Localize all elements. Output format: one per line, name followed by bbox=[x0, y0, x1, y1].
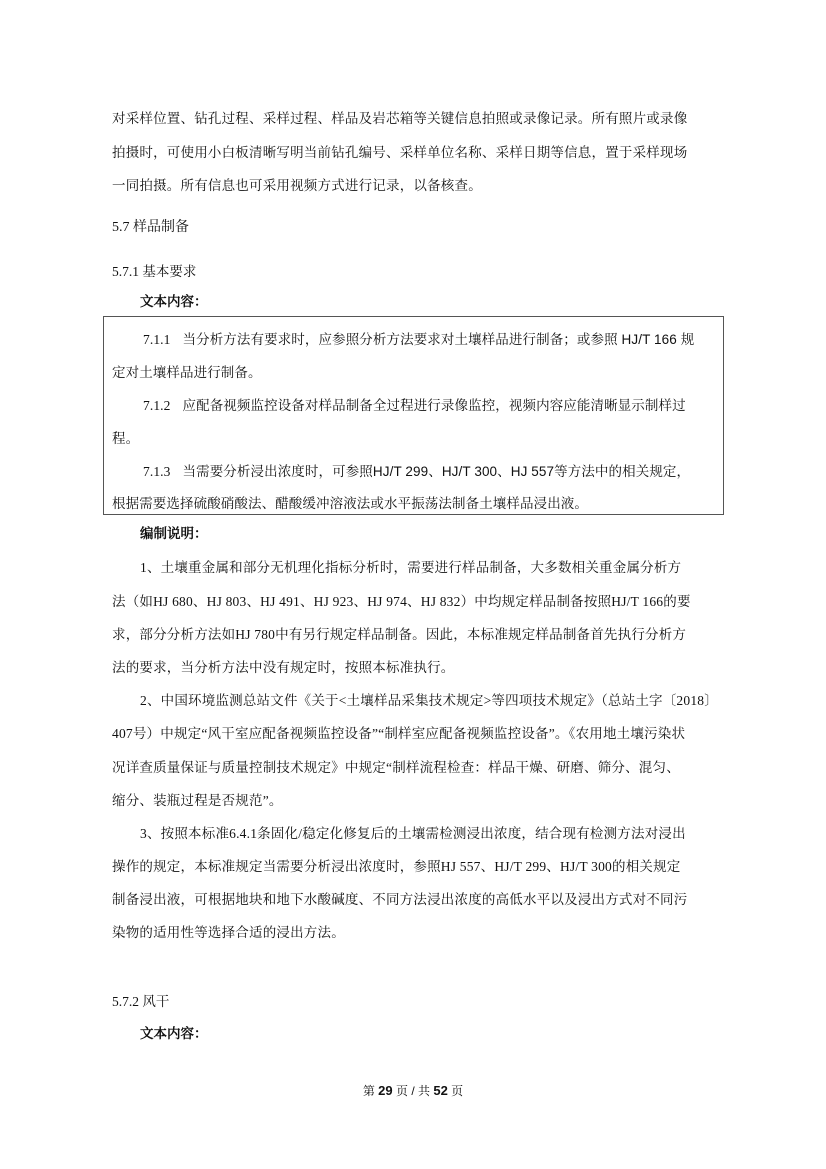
intro-line-1: 对采样位置、钻孔过程、采样过程、样品及岩芯箱等关键信息拍照或录像记录。所有照片或… bbox=[112, 107, 687, 127]
note-3-line-4: 染物的适用性等选择合适的浸出方法。 bbox=[112, 921, 345, 941]
intro-line-2: 拍摄时，可使用小白板清晰写明当前钻孔编号、采样单位名称、采样日期等信息，置于采样… bbox=[112, 141, 687, 161]
note-1-line-3: 求，部分分析方法如HJ 780中有另行规定样品制备。因此，本标准规定样品制备首先… bbox=[112, 623, 686, 643]
footer-prefix: 第 bbox=[363, 1084, 375, 1098]
note-1-line-2: 法（如HJ 680、HJ 803、HJ 491、HJ 923、HJ 974、HJ… bbox=[112, 590, 691, 610]
clause-text: 当需要分析浸出浓度时，可参照HJ/T 299、HJ/T 300、HJ 557等方… bbox=[183, 464, 691, 479]
section-heading-5-7-2: 5.7.2 风干 bbox=[112, 990, 169, 1010]
box-item-3-line-1: 7.1.3当需要分析浸出浓度时，可参照HJ/T 299、HJ/T 300、HJ … bbox=[143, 460, 690, 480]
text-content-label-2: 文本内容： bbox=[140, 1022, 208, 1042]
note-2-line-1: 2、中国环境监测总站文件《关于<土壤样品采集技术规定>等四项技术规定》（总站土字… bbox=[140, 689, 718, 709]
note-3-line-3: 制备浸出液，可根据地块和地下水酸碱度、不同方法浸出浓度的高低水平以及浸出方式对不… bbox=[112, 888, 687, 908]
note-1-line-1: 1、土壤重金属和部分无机理化指标分析时，需要进行样品制备，大多数相关重金属分析方 bbox=[140, 556, 681, 576]
clause-text: 应配备视频监控设备对样品制备全过程进行录像监控，视频内容应能清晰显示制样过 bbox=[183, 398, 686, 413]
box-item-2-line-2: 程。 bbox=[112, 427, 139, 447]
section-heading-5-7-1: 5.7.1 基本要求 bbox=[112, 260, 196, 280]
note-2-line-4: 缩分、装瓶过程是否规范”。 bbox=[112, 789, 283, 809]
clause-number: 7.1.3 bbox=[143, 464, 171, 479]
notes-label: 编制说明： bbox=[140, 522, 208, 542]
standard-text-box: 7.1.1当分析方法有要求时，应参照分析方法要求对土壤样品进行制备；或参照 HJ… bbox=[103, 316, 724, 515]
page-footer: 第 29 页 / 共 52 页 bbox=[0, 1082, 826, 1099]
clause-number: 7.1.1 bbox=[143, 332, 171, 347]
section-heading-5-7: 5.7 样品制备 bbox=[112, 216, 189, 236]
box-item-1-line-2: 定对土壤样品进行制备。 bbox=[112, 361, 262, 381]
box-item-2-line-1: 7.1.2应配备视频监控设备对样品制备全过程进行录像监控，视频内容应能清晰显示制… bbox=[143, 394, 686, 414]
note-2-line-3: 况详查质量保证与质量控制技术规定》中规定“制样流程检查：样品干燥、研磨、筛分、混… bbox=[112, 756, 680, 776]
intro-line-3: 一同拍摄。所有信息也可采用视频方式进行记录，以备核查。 bbox=[112, 174, 482, 194]
box-item-3-line-2: 根据需要选择硫酸硝酸法、醋酸缓冲溶液法或水平振荡法制备土壤样品浸出液。 bbox=[112, 492, 588, 512]
clause-text: 当分析方法有要求时，应参照分析方法要求对土壤样品进行制备；或参照 HJ/T 16… bbox=[183, 332, 695, 347]
note-1-line-4: 法的要求，当分析方法中没有规定时，按照本标准执行。 bbox=[112, 656, 455, 676]
total-pages-number: 52 bbox=[433, 1083, 447, 1098]
text-content-label: 文本内容： bbox=[140, 290, 208, 310]
footer-middle: 页 / 共 bbox=[396, 1084, 430, 1098]
note-3-line-2: 操作的规定，本标准规定当需要分析浸出浓度时，参照HJ 557、HJ/T 299、… bbox=[112, 855, 681, 875]
footer-suffix: 页 bbox=[451, 1084, 463, 1098]
current-page-number: 29 bbox=[378, 1083, 392, 1098]
note-3-line-1: 3、按照本标准6.4.1条固化/稳定化修复后的土壤需检测浸出浓度，结合现有检测方… bbox=[140, 822, 686, 842]
note-2-line-2: 407号）中规定“风干室应配备视频监控设备”“制样室应配备视频监控设备”。《农用… bbox=[112, 722, 685, 742]
box-item-1-line-1: 7.1.1当分析方法有要求时，应参照分析方法要求对土壤样品进行制备；或参照 HJ… bbox=[143, 328, 694, 348]
clause-number: 7.1.2 bbox=[143, 398, 171, 413]
